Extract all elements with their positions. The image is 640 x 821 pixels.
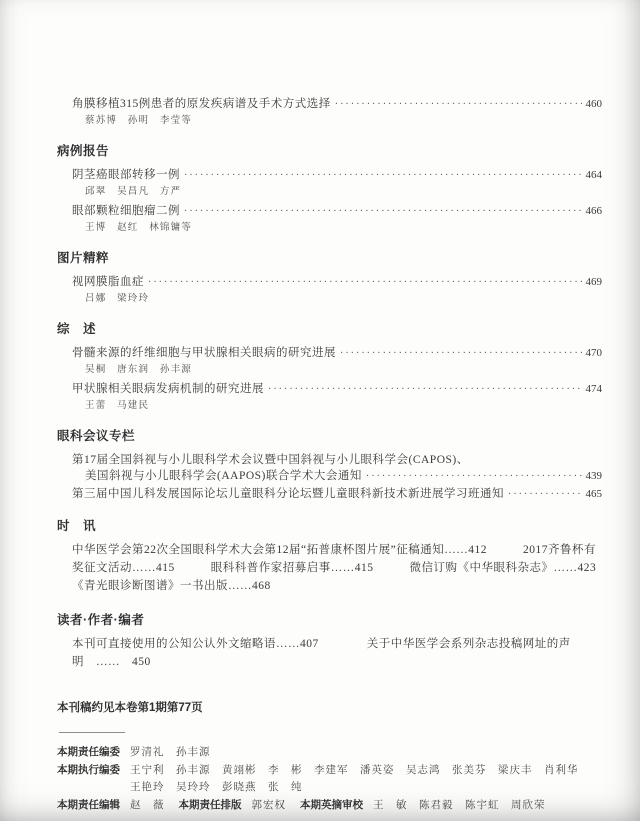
editorial-row-duty-board: 本期责任编委 罗清礼 孙丰源 (57, 744, 602, 761)
section-heading-news: 时 讯 (57, 516, 602, 534)
dot-leader (335, 99, 582, 110)
toc-entry-title: 甲状腺相关眼病发病机制的研究进展 (72, 380, 264, 396)
toc-entry-title: 眼部颗粒细胞瘤二例 (72, 202, 180, 218)
section-heading-reader-author-editor: 读者·作者·编者 (57, 610, 602, 628)
authors-line: 王博 赵红 林锦镛等 (72, 219, 602, 233)
toc-entry: 骨髓来源的纤维细胞与甲状腺相关眼病的研究进展 470 吴桐 唐东润 孙丰源 (57, 344, 602, 375)
toc-entry-title: 第三届中国儿科发展国际论坛儿童眼科分论坛暨儿童眼科新技术新进展学习班通知 (72, 485, 504, 501)
authors-line: 王蕾 马建民 (72, 397, 602, 411)
toc-entry: 眼部颗粒细胞瘤二例 466 王博 赵红 林锦镛等 (57, 202, 602, 233)
page-number: 465 (586, 488, 603, 500)
authors-line: 蔡苏博 孙明 李莹等 (72, 112, 602, 126)
section-heading-review: 综 述 (57, 319, 602, 337)
editorial-label: 本期执行编委 (57, 762, 120, 779)
dot-leader (340, 348, 582, 359)
toc-content: 角膜移植315例患者的原发疾病谱及手术方式选择 460 蔡苏博 孙明 李莹等 病… (57, 95, 602, 814)
manuscript-note: 本刊稿约见本卷第1期第77页 (57, 699, 602, 715)
authors-line: 吕娜 梁玲玲 (72, 290, 602, 304)
toc-entry-title: 视网膜脂血症 (72, 273, 144, 289)
toc-entry-title: 骨髓来源的纤维细胞与甲状腺相关眼病的研究进展 (72, 344, 336, 360)
editorial-label: 本期责任排版 (179, 797, 242, 814)
page-number: 474 (586, 383, 603, 395)
editorial-row-editors: 本期责任编辑 赵 薇 本期责任排版 郭宏权 本期英摘审校 王 敏 陈君毅 陈宇虹… (57, 797, 602, 814)
dot-leader (366, 471, 582, 482)
dot-leader (184, 170, 582, 181)
editorial-names: 王 敏 陈君毅 陈宇虹 周欣荣 (373, 797, 546, 814)
authors-line: 吴桐 唐东润 孙丰源 (72, 361, 602, 375)
page-number: 470 (586, 347, 603, 359)
divider-rule (59, 732, 125, 733)
editorial-names: 罗清礼 孙丰源 (130, 744, 211, 761)
reader-author-editor-text: 本刊可直接使用的公知公认外文缩略语……407 关于中华医学会系列杂志投稿网址的声… (57, 635, 602, 671)
toc-entry: 第三届中国儿科发展国际论坛儿童眼科分论坛暨儿童眼科新技术新进展学习班通知 465 (57, 485, 602, 501)
editorial-label: 本期责任编委 (57, 744, 120, 761)
section-heading-picture-highlights: 图片精粹 (57, 248, 602, 266)
editorial-label: 本期英摘审校 (300, 797, 363, 814)
toc-entry-title: 阴茎癌眼部转移一例 (72, 166, 180, 182)
toc-entry: 甲状腺相关眼病发病机制的研究进展 474 王蕾 马建民 (57, 380, 602, 411)
journal-toc-page: 角膜移植315例患者的原发疾病谱及手术方式选择 460 蔡苏博 孙明 李莹等 病… (0, 0, 640, 821)
toc-entry-title: 角膜移植315例患者的原发疾病谱及手术方式选择 (72, 95, 331, 111)
toc-entry: 视网膜脂血症 469 吕娜 梁玲玲 (57, 273, 602, 304)
authors-line: 邱翠 吴昌凡 方严 (72, 183, 602, 197)
editorial-names-line2: 王艳玲 吴玲玲 彭晓燕 张 纯 (130, 779, 579, 796)
toc-entry-title-line1: 第17届全国斜视与小儿眼科学术会议暨中国斜视与小儿眼科学会(CAPOS)、 (72, 451, 602, 467)
editorial-names-line1: 王宁利 孙丰源 黄翊彬 李 彬 李建军 潘英姿 吴志鸿 张美芬 梁庆丰 肖利华 (130, 762, 579, 779)
page-number: 464 (586, 169, 603, 181)
section-heading-conference-column: 眼科会议专栏 (57, 426, 602, 444)
dot-leader (148, 277, 582, 288)
dot-leader (268, 384, 582, 395)
editorial-names: 赵 薇 (130, 797, 165, 814)
toc-entry-title-line2: 美国斜视与小儿眼科学会(AAPOS)联合学术大会通知 (72, 467, 362, 483)
page-number: 439 (586, 470, 603, 482)
toc-entry: 角膜移植315例患者的原发疾病谱及手术方式选择 460 蔡苏博 孙明 李莹等 (57, 95, 602, 126)
news-text: 中华医学会第22次全国眼科学术大会第12届“拓普康杯图片展”征稿通知……412 … (57, 541, 602, 595)
section-heading-case-reports: 病例报告 (57, 141, 602, 159)
page-number: 460 (586, 98, 603, 110)
page-number: 469 (586, 276, 603, 288)
toc-entry: 第17届全国斜视与小儿眼科学术会议暨中国斜视与小儿眼科学会(CAPOS)、 美国… (57, 451, 602, 483)
page-number: 466 (586, 205, 603, 217)
toc-entry: 阴茎癌眼部转移一例 464 邱翠 吴昌凡 方严 (57, 166, 602, 197)
dot-leader (508, 489, 582, 500)
editorial-names: 郭宏权 (252, 797, 287, 814)
dot-leader (184, 206, 582, 217)
editorial-label: 本期责任编辑 (57, 797, 120, 814)
editorial-row-executive-board: 本期执行编委 王宁利 孙丰源 黄翊彬 李 彬 李建军 潘英姿 吴志鸿 张美芬 梁… (57, 762, 602, 796)
